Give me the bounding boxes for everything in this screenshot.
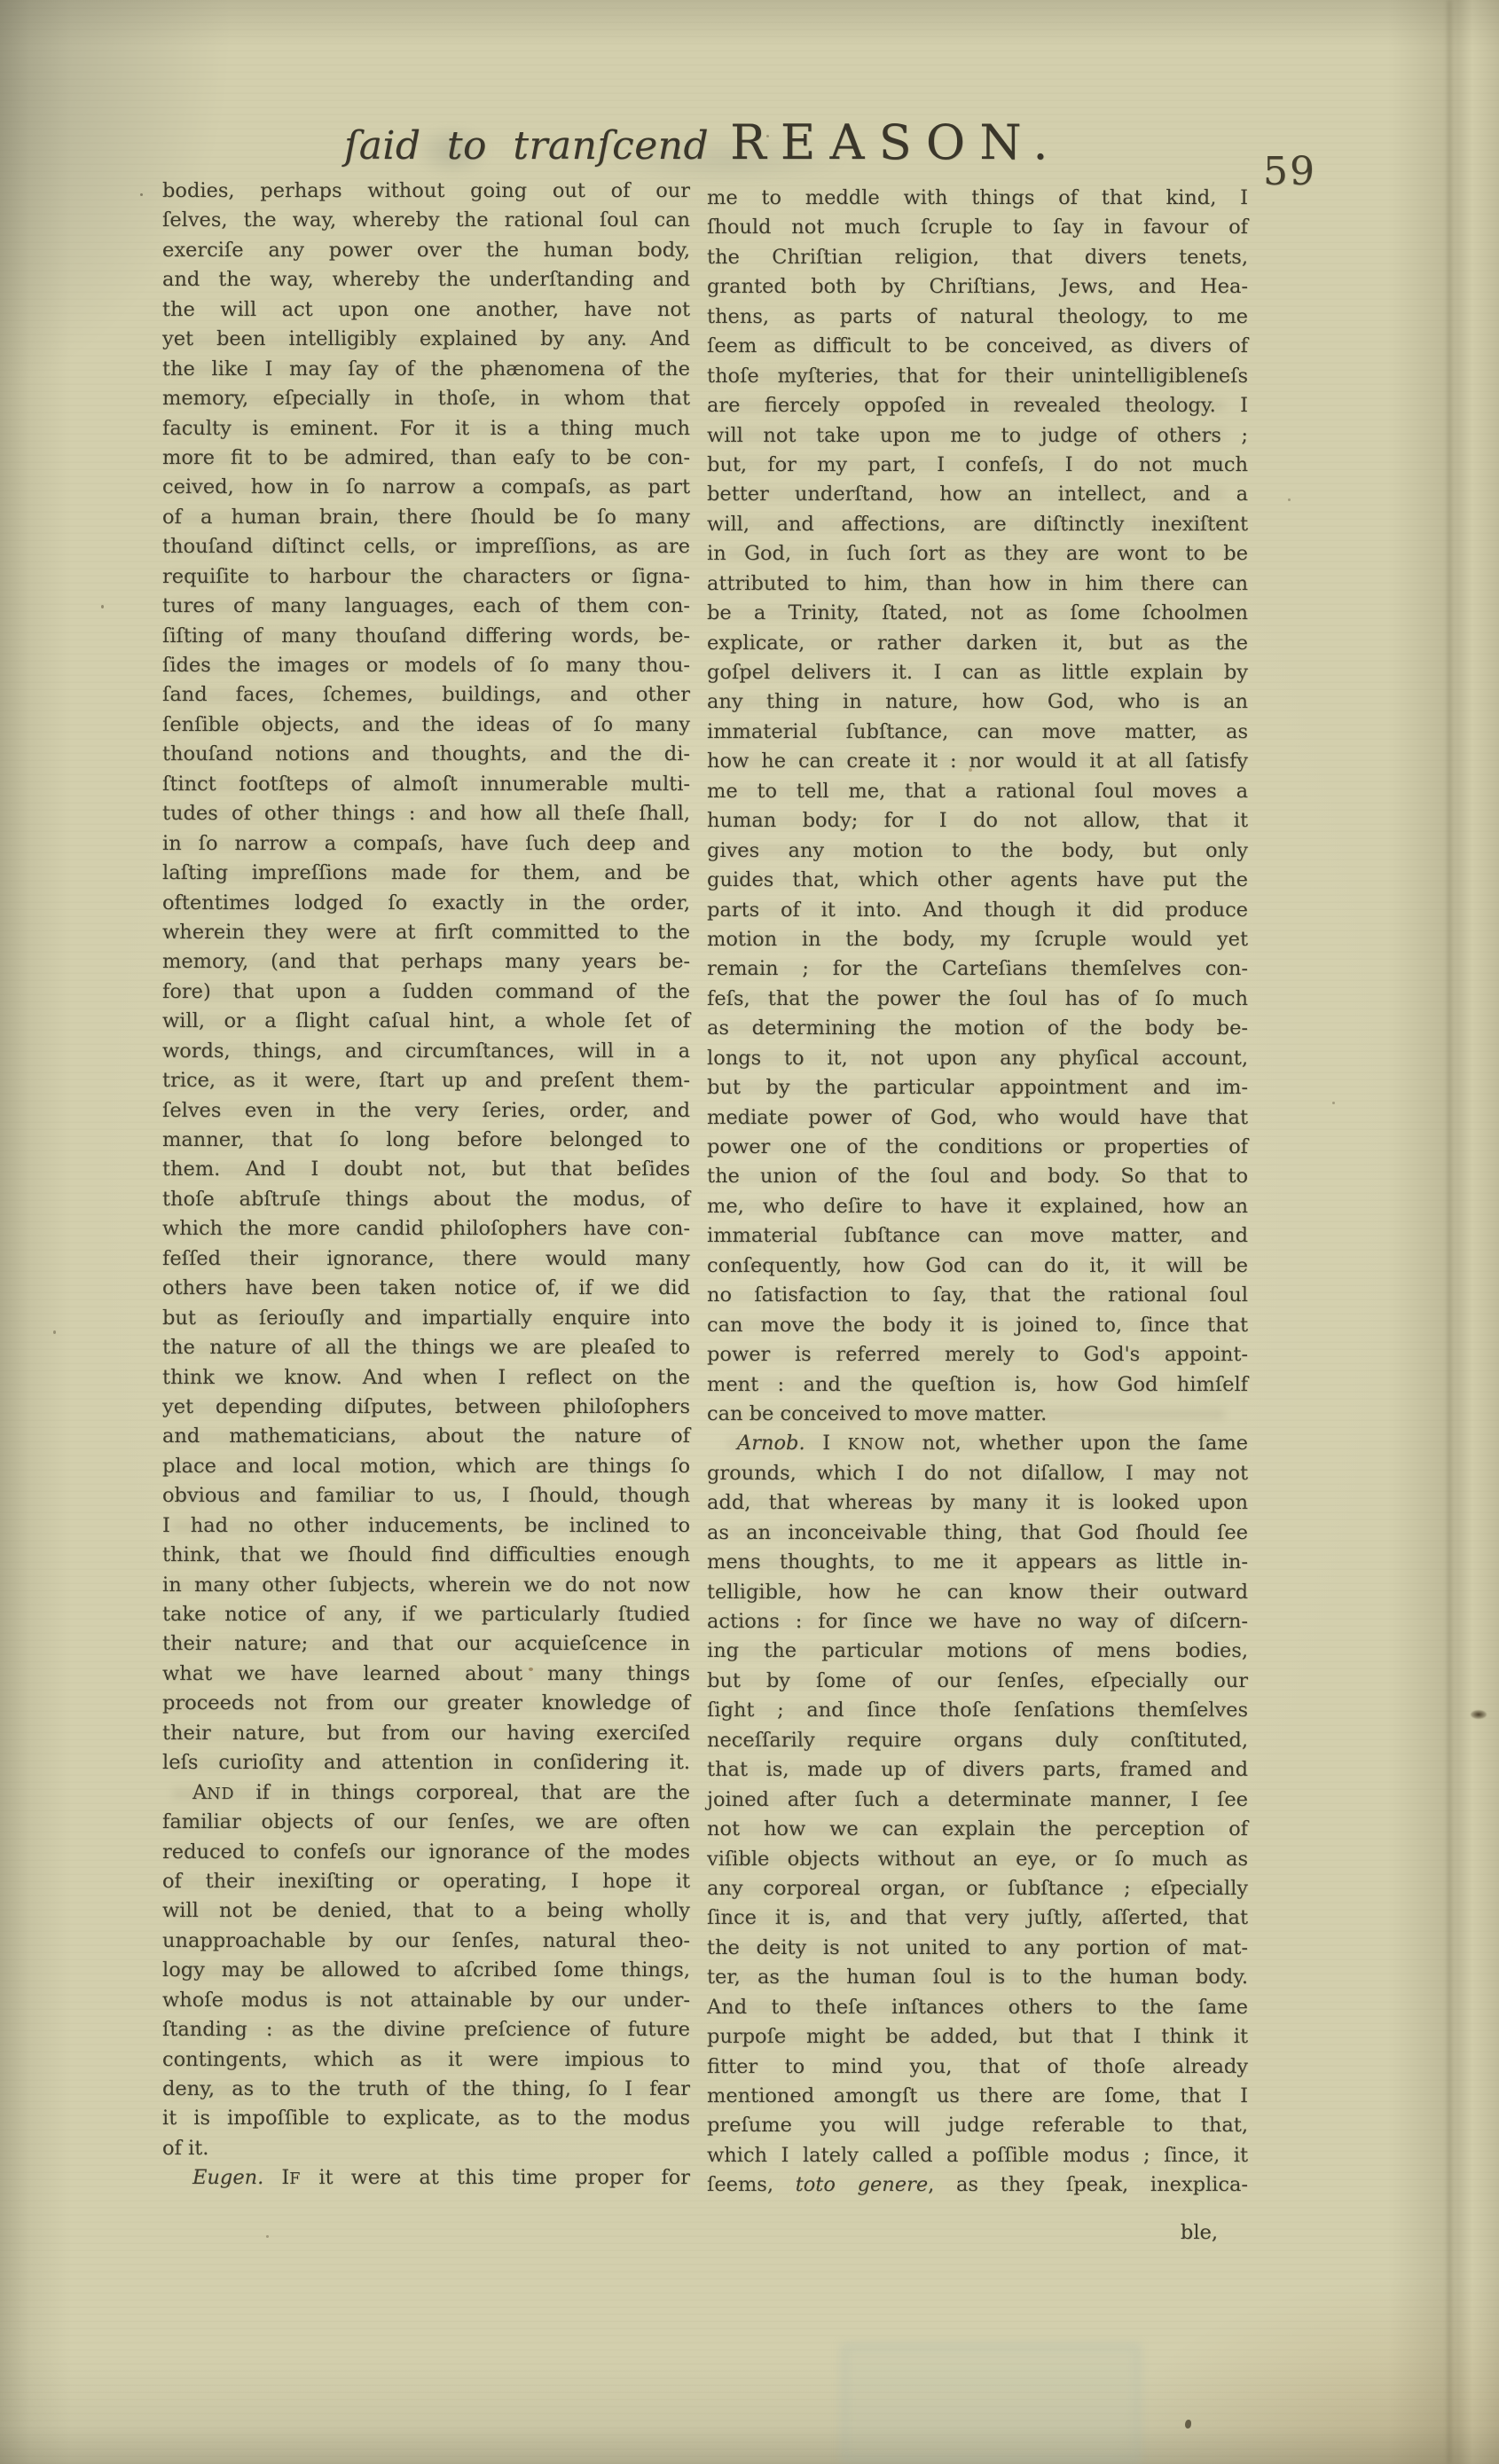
text-line: think we know. And when I reflect on the — [162, 1363, 690, 1393]
text-line: bodies, perhaps without going out of our — [162, 177, 690, 206]
text-line: ſtanding : as the divine preſcience of f… — [162, 2015, 690, 2044]
text-line: of a human brain, there ſhould be ſo man… — [162, 503, 690, 532]
text-line: immaterial ſubſtance, can move matter, a… — [707, 718, 1248, 747]
text-line: grounds, which I do not diſallow, I may … — [707, 1459, 1248, 1488]
text-line: gives any motion to the body, but only — [707, 836, 1248, 866]
text-line: And to theſe inſtances others to the ſam… — [707, 1993, 1248, 2022]
text-line: human body; for I do not allow, that it — [707, 806, 1248, 836]
text-line: ing the particular motions of mens bodie… — [707, 1636, 1248, 1666]
text-line: yet been intelligibly explained by any. … — [162, 325, 690, 354]
text-line: thens, as parts of natural theology, to … — [707, 302, 1248, 332]
text-line: as an inconceivable thing, that God ſhou… — [707, 1518, 1248, 1548]
ink-speck — [53, 1330, 56, 1334]
text-line: whoſe modus is not attainable by our und… — [162, 1986, 690, 2015]
text-line: joined after ſuch a determinate manner, … — [707, 1785, 1248, 1815]
text-line: think, that we ſhould find difficulties … — [162, 1541, 690, 1570]
text-line: mens thoughts, to me it appears as littl… — [707, 1548, 1248, 1577]
text-column-left: bodies, perhaps without going out of our… — [162, 177, 690, 2193]
text-line: familiar objects of our ſenſes, we are o… — [162, 1808, 690, 1837]
ink-speck — [1332, 1102, 1335, 1104]
text-line: actions : for ſince we have no way of di… — [707, 1607, 1248, 1636]
text-line: Eugen. If it were at this time proper fo… — [162, 2163, 690, 2193]
text-line: how he can create it : nor would it at a… — [707, 747, 1248, 776]
text-line: parts of it into. And though it did prod… — [707, 896, 1248, 925]
text-line: the Chriſtian religion, that divers tene… — [707, 243, 1248, 272]
text-line: feſſed their ignorance, there would many — [162, 1244, 690, 1274]
text-line: which the more candid philoſophers have … — [162, 1214, 690, 1244]
text-line: ter, as the human ſoul is to the human b… — [707, 1963, 1248, 1992]
text-line: ment : and the queſtion is, how God himſ… — [707, 1370, 1248, 1400]
text-line: me to tell me, that a rational ſoul move… — [707, 777, 1248, 806]
text-line: leſs curioſity and attention in conſider… — [162, 1748, 690, 1777]
text-line: guides that, which other agents have put… — [707, 866, 1248, 895]
text-line: ſelves, the way, whereby the rational ſo… — [162, 206, 690, 235]
text-line: be a Trinity, ſtated, not as ſome ſchool… — [707, 599, 1248, 628]
page-crease — [1448, 0, 1451, 2464]
text-line: in ſo narrow a compaſs, have ſuch deep a… — [162, 829, 690, 859]
text-line: memory, eſpecially in thoſe, in whom tha… — [162, 384, 690, 413]
text-line: tures of many languages, each of them co… — [162, 592, 690, 621]
text-line: and the way, whereby the underſtanding a… — [162, 265, 690, 294]
text-line: telligible, how he can know their outwar… — [707, 1578, 1248, 1607]
text-line: are fiercely oppoſed in revealed theolog… — [707, 391, 1248, 420]
text-line: take notice of any, if we particularly ſ… — [162, 1600, 690, 1629]
text-line: in many other ſubjects, wherein we do no… — [162, 1571, 690, 1600]
running-title-italic: ſaid to tranſcend — [344, 121, 709, 172]
text-line: laſting impreſſions made for them, and b… — [162, 859, 690, 888]
text-line: as determining the motion of the body be… — [707, 1014, 1248, 1043]
text-line: their nature, but from our having exerci… — [162, 1719, 690, 1748]
text-line: goſpel delivers it. I can as little expl… — [707, 658, 1248, 687]
text-line: feſs, that the power the ſoul has of ſo … — [707, 985, 1248, 1014]
text-line: power is referred merely to God's appoin… — [707, 1340, 1248, 1369]
text-line: deny, as to the truth of the thing, ſo I… — [162, 2075, 690, 2104]
text-line: but as ſeriouſly and impartially enquire… — [162, 1304, 690, 1333]
text-line: explicate, or rather darken it, but as t… — [707, 629, 1248, 658]
text-line: place and local motion, which are things… — [162, 1452, 690, 1481]
text-line: me, who deſire to have it explained, how… — [707, 1192, 1248, 1221]
text-line: remain ; for the Carteſians themſelves c… — [707, 954, 1248, 984]
text-line: but by the particular appointment and im… — [707, 1073, 1248, 1103]
text-line: conſequently, how God can do it, it will… — [707, 1252, 1248, 1281]
text-line: will not take upon me to judge of others… — [707, 421, 1248, 451]
text-line: which I lately called a poſſible modus ;… — [707, 2141, 1248, 2170]
text-line: thoſe myſteries, that for their unintell… — [707, 362, 1248, 391]
text-line: ſhould not much ſcruple to ſay in favour… — [707, 213, 1248, 242]
text-line: I had no other inducements, be inclined … — [162, 1511, 690, 1541]
ink-speck — [101, 605, 104, 608]
text-line: ſtinct footſteps of almoſt innumerable m… — [162, 770, 690, 799]
text-line: not how we can explain the perception of — [707, 1815, 1248, 1844]
text-line: longs to it, not upon any phyſical accou… — [707, 1044, 1248, 1073]
text-line: immaterial ſubſtance can move matter, an… — [707, 1221, 1248, 1251]
text-line: better underſtand, how an intellect, and… — [707, 480, 1248, 509]
text-line: what we have learned about many things — [162, 1660, 690, 1689]
text-line: trice, as it were, ſtart up and preſent … — [162, 1066, 690, 1095]
text-line: neceſſarily require organs duly conſtitu… — [707, 1726, 1248, 1755]
text-line: it is impoſſible to explicate, as to the… — [162, 2104, 690, 2133]
text-line: thoſe abſtruſe things about the modus, o… — [162, 1185, 690, 1214]
text-line: preſume you will judge referable to that… — [707, 2111, 1248, 2140]
text-line: logy may be allowed to aſcribed ſome thi… — [162, 1956, 690, 1985]
text-line: contingents, which as it were impious to — [162, 2045, 690, 2075]
text-line: ſiſting of many thouſand differing words… — [162, 622, 690, 651]
text-line: faculty is eminent. For it is a thing mu… — [162, 414, 690, 443]
text-line: can be conceived to move matter. — [707, 1400, 1248, 1429]
text-line: And if in things corporeal, that are the — [162, 1778, 690, 1808]
text-line: viſible objects without an eye, or ſo mu… — [707, 1845, 1248, 1874]
text-line: thouſand diſtinct cells, or impreſſions,… — [162, 532, 690, 561]
running-head: ſaid to tranſcend REASON. — [344, 117, 1080, 172]
text-line: motion in the body, my ſcruple would yet — [707, 925, 1248, 954]
text-line: proceeds not from our greater knowledge … — [162, 1689, 690, 1718]
text-line: manner, that ſo long before belonged to — [162, 1126, 690, 1155]
text-line: oftentimes lodged ſo exactly in the orde… — [162, 889, 690, 918]
text-line: ſeem as difficult to be conceived, as di… — [707, 332, 1248, 361]
text-line: me to meddle with things of that kind, I — [707, 184, 1248, 213]
text-line: will not be denied, that to a being whol… — [162, 1896, 690, 1926]
text-line: but, for my part, I confeſs, I do not mu… — [707, 451, 1248, 480]
text-line: the deity is not united to any portion o… — [707, 1934, 1248, 1963]
scanned-book-page: ſaid to tranſcend REASON. 59 bodies, per… — [0, 0, 1499, 2464]
text-line: the union of the ſoul and body. So that … — [707, 1162, 1248, 1191]
text-line: ſand faces, ſchemes, buildings, and othe… — [162, 680, 690, 710]
text-line: mentioned amongſt us there are ſome, tha… — [707, 2082, 1248, 2111]
text-line: that is, made up of divers parts, framed… — [707, 1755, 1248, 1785]
text-line: of their inexiſting or operating, I hope… — [162, 1867, 690, 1896]
text-line: ſight ; and ſince thoſe ſenſations themſ… — [707, 1696, 1248, 1725]
text-line: Arnob. I know not, whether upon the ſame — [707, 1429, 1248, 1458]
text-line: ſides the images or models of ſo many th… — [162, 651, 690, 680]
text-line: yet depending diſputes, between philoſop… — [162, 1393, 690, 1422]
text-line: ſince it is, and that very juſtly, aſſer… — [707, 1903, 1248, 1933]
ink-speck — [140, 193, 143, 196]
text-line: power one of the conditions or propertie… — [707, 1133, 1248, 1162]
page-number: 59 — [1263, 149, 1316, 194]
text-line: them. And I doubt not, but that beſides — [162, 1155, 690, 1184]
text-line: ſeems, toto genere, as they ſpeak, inexp… — [707, 2170, 1248, 2200]
ink-speck — [266, 2235, 269, 2238]
text-line: tudes of other things : and how all theſ… — [162, 799, 690, 828]
catchword: ble, — [707, 2218, 1248, 2248]
text-line: will, or a ſlight caſual hint, a whole ſ… — [162, 1007, 690, 1036]
text-line: requiſite to harbour the characters or ſ… — [162, 562, 690, 592]
text-line: attributed to him, than how in him there… — [707, 569, 1248, 599]
text-line: any thing in nature, how God, who is an — [707, 687, 1248, 717]
ink-speck — [1185, 2420, 1191, 2429]
text-line: wherein they were at firſt committed to … — [162, 918, 690, 947]
text-line: fitter to mind you, that of thoſe alread… — [707, 2052, 1248, 2082]
text-line: their nature; and that our acquieſcence … — [162, 1629, 690, 1659]
text-line: can move the body it is joined to, ſince… — [707, 1311, 1248, 1340]
text-line: of it. — [162, 2134, 690, 2163]
text-line: the like I may ſay of the phænomena of t… — [162, 355, 690, 384]
text-line: more fit to be admired, than eaſy to be … — [162, 443, 690, 473]
text-line: ſenſible objects, and the ideas of ſo ma… — [162, 710, 690, 740]
text-line: exerciſe any power over the human body, — [162, 236, 690, 265]
text-line: but by ſome of our ſenſes, eſpecially ou… — [707, 1667, 1248, 1696]
text-line: thouſand notions and thoughts, and the d… — [162, 740, 690, 769]
text-line: the nature of all the things we are plea… — [162, 1333, 690, 1362]
text-line: fore) that upon a ſudden command of the — [162, 977, 690, 1007]
text-line: others have been taken notice of, if we … — [162, 1274, 690, 1303]
verso-show-through-block — [841, 2343, 1141, 2464]
text-line: granted both by Chriſtians, Jews, and He… — [707, 272, 1248, 302]
text-line: no ſatisfaction to ſay, that the rationa… — [707, 1281, 1248, 1310]
text-line: in God, in ſuch ſort as they are wont to… — [707, 539, 1248, 569]
text-line: memory, (and that perhaps many years be- — [162, 947, 690, 977]
text-line: add, that whereas by many it is looked u… — [707, 1488, 1248, 1518]
text-line: ſelves even in the very ſeries, order, a… — [162, 1096, 690, 1126]
text-line: and mathematicians, about the nature of — [162, 1422, 690, 1451]
text-line: words, things, and circumſtances, will i… — [162, 1037, 690, 1066]
text-line: will, and affections, are diſtinctly ine… — [707, 510, 1248, 539]
ink-speck — [1288, 498, 1291, 501]
text-line: ceived, how in ſo narrow a compaſs, as p… — [162, 473, 690, 502]
text-line: purpoſe might be added, but that I think… — [707, 2022, 1248, 2052]
text-line: unapproachable by our ſenſes, natural th… — [162, 1926, 690, 1956]
text-line: obvious and familiar to us, I ſhould, th… — [162, 1481, 690, 1511]
text-line: reduced to confeſs our ignorance of the … — [162, 1838, 690, 1867]
running-title-caps: REASON. — [730, 117, 1063, 169]
text-column-right: me to meddle with things of that kind, I… — [707, 184, 1248, 2248]
ink-blot — [1471, 1710, 1487, 1719]
text-line: any corporeal organ, or ſubſtance ; eſpe… — [707, 1874, 1248, 1903]
text-line: the will act upon one another, have not — [162, 295, 690, 325]
text-line: mediate power of God, who would have tha… — [707, 1103, 1248, 1133]
